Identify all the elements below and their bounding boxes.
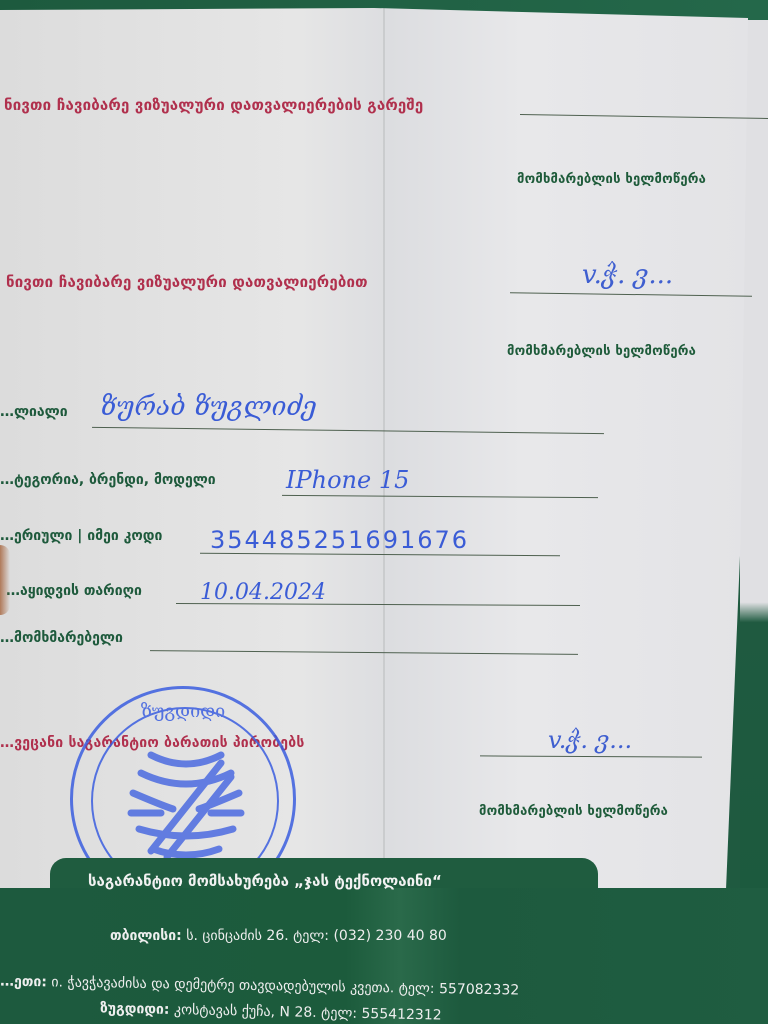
field-value-imei: 354485251691676	[210, 526, 469, 554]
field-value-purchase-date: 10.04.2024	[200, 580, 326, 605]
field-label-imei: …ერიული | იმეი კოდი	[0, 528, 162, 544]
statement-without-inspection: ნივთი ჩავიბარე ვიზუალური დათვალიერების გ…	[4, 96, 423, 114]
footer-city: თბილისი:	[110, 928, 182, 944]
terms-signature-caption: მომხმარებლის ხელმოწერა	[479, 804, 668, 819]
field-label-model: …ტეგორია, ბრენდი, მოდელი	[0, 472, 216, 488]
signature-caption-1: მომხმარებლის ხელმოწერა	[517, 172, 706, 187]
footer-city: …ეთი:	[0, 973, 47, 990]
footer-city: ზუგდიდი:	[100, 1000, 170, 1017]
finger-edge	[0, 545, 10, 615]
statement-with-inspection: ნივთი ჩავიბარე ვიზუალური დათვალიერებით	[6, 273, 368, 291]
paper-fold	[383, 8, 385, 888]
field-value-model: IPhone 15	[286, 466, 409, 494]
terms-customer-signature: v.ჭ. ვ...	[548, 726, 632, 754]
footer-company-name: საგარანტიო მომსახურება „ჯას ტექნოლაინი“	[88, 872, 442, 890]
customer-signature-2: v.ჭ. ვ...	[582, 260, 673, 290]
stamp-top-text: ზუგდიდი	[73, 701, 293, 722]
field-label-purchase-date: …აყიდვის თარიღი	[6, 583, 142, 599]
field-value-owner: ზურაბ ზუგლიძე	[100, 392, 317, 422]
footer-address-text: ს. ცინცაძის 26. ტელ: (032) 230 40 80	[186, 928, 447, 944]
field-label-owner: …ლიალი	[0, 404, 68, 420]
footer-address-tbilisi: თბილისი: ს. ცინცაძის 26. ტელ: (032) 230 …	[110, 928, 447, 944]
field-label-customer: …მომხმარებელი	[0, 630, 123, 646]
signature-caption-2: მომხმარებლის ხელმოწერა	[507, 344, 696, 359]
